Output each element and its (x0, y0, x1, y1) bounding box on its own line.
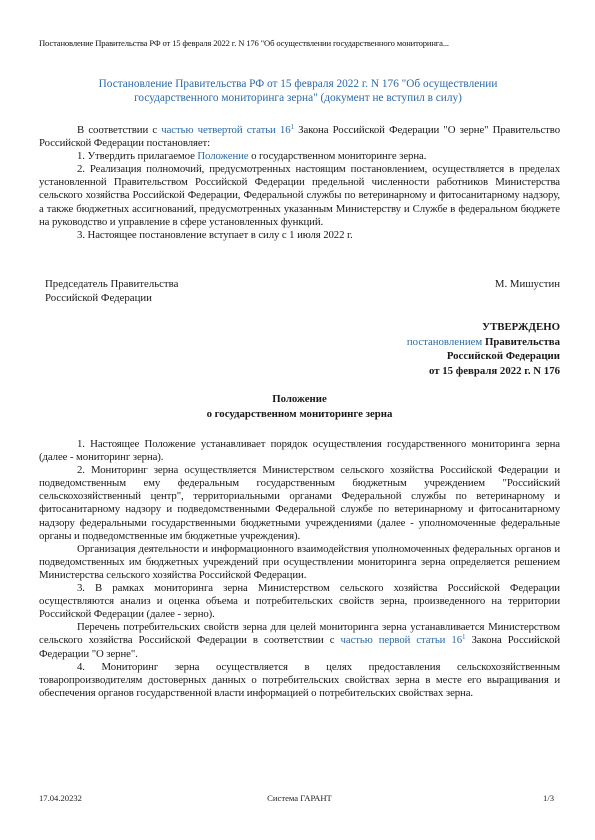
footer-system: Система ГАРАНТ (39, 793, 560, 803)
signatory-name: М. Мишустин (495, 278, 560, 292)
link-decree[interactable]: постановлением (407, 336, 482, 348)
preamble: В соответствии с частью четвертой статьи… (39, 124, 560, 150)
running-header: Постановление Правительства РФ от 15 фев… (39, 38, 559, 48)
document-title-line1: Постановление Правительства РФ от 15 фев… (60, 77, 536, 91)
approved-heading: УТВЕРЖДЕНО (260, 320, 560, 335)
regulation-item-2-paragraph-2: Организация деятельности и информационно… (39, 543, 560, 582)
approval-stamp: УТВЕРЖДЕНО постановлением Правительства … (260, 320, 560, 378)
signatory-position: Председатель Правительства Российской Фе… (45, 278, 178, 305)
decree-body: В соответствии с частью четвертой статьи… (39, 124, 560, 242)
regulation-item-1: 1. Настоящее Положение устанавливает пор… (39, 438, 560, 464)
approved-line4: от 15 февраля 2022 г. N 176 (260, 364, 560, 379)
regulation-item-2: 2. Мониторинг зерна осуществляется Минис… (39, 464, 560, 543)
regulation-item-4: 4. Мониторинг зерна осуществляется в цел… (39, 661, 560, 700)
footer-page-number: 1/3 (543, 793, 554, 803)
decree-item-2: 2. Реализация полномочий, предусмотренны… (39, 163, 560, 228)
regulation-item-3: 3. В рамках мониторинга зерна Министерст… (39, 582, 560, 621)
regulation-title: Положение о государственном мониторинге … (39, 392, 560, 421)
regulation-body: 1. Настоящее Положение устанавливает пор… (39, 438, 560, 700)
link-article-16-1-part-4[interactable]: частью четвертой статьи 161 (161, 124, 294, 136)
approved-line3: Российской Федерации (260, 349, 560, 364)
decree-item-3: 3. Настоящее постановление вступает в си… (39, 229, 560, 242)
decree-item-1: 1. Утвердить прилагаемое Положение о гос… (39, 150, 560, 163)
link-article-16-1-part-1[interactable]: частью первой статьи 161 (341, 634, 466, 646)
approved-line2: постановлением Правительства (260, 335, 560, 350)
document-title[interactable]: Постановление Правительства РФ от 15 фев… (60, 77, 536, 105)
link-regulation[interactable]: Положение (197, 150, 248, 162)
regulation-item-3-paragraph-2: Перечень потребительских свойств зерна д… (39, 621, 560, 660)
document-title-line2: государственного мониторинга зерна" (док… (60, 91, 536, 105)
